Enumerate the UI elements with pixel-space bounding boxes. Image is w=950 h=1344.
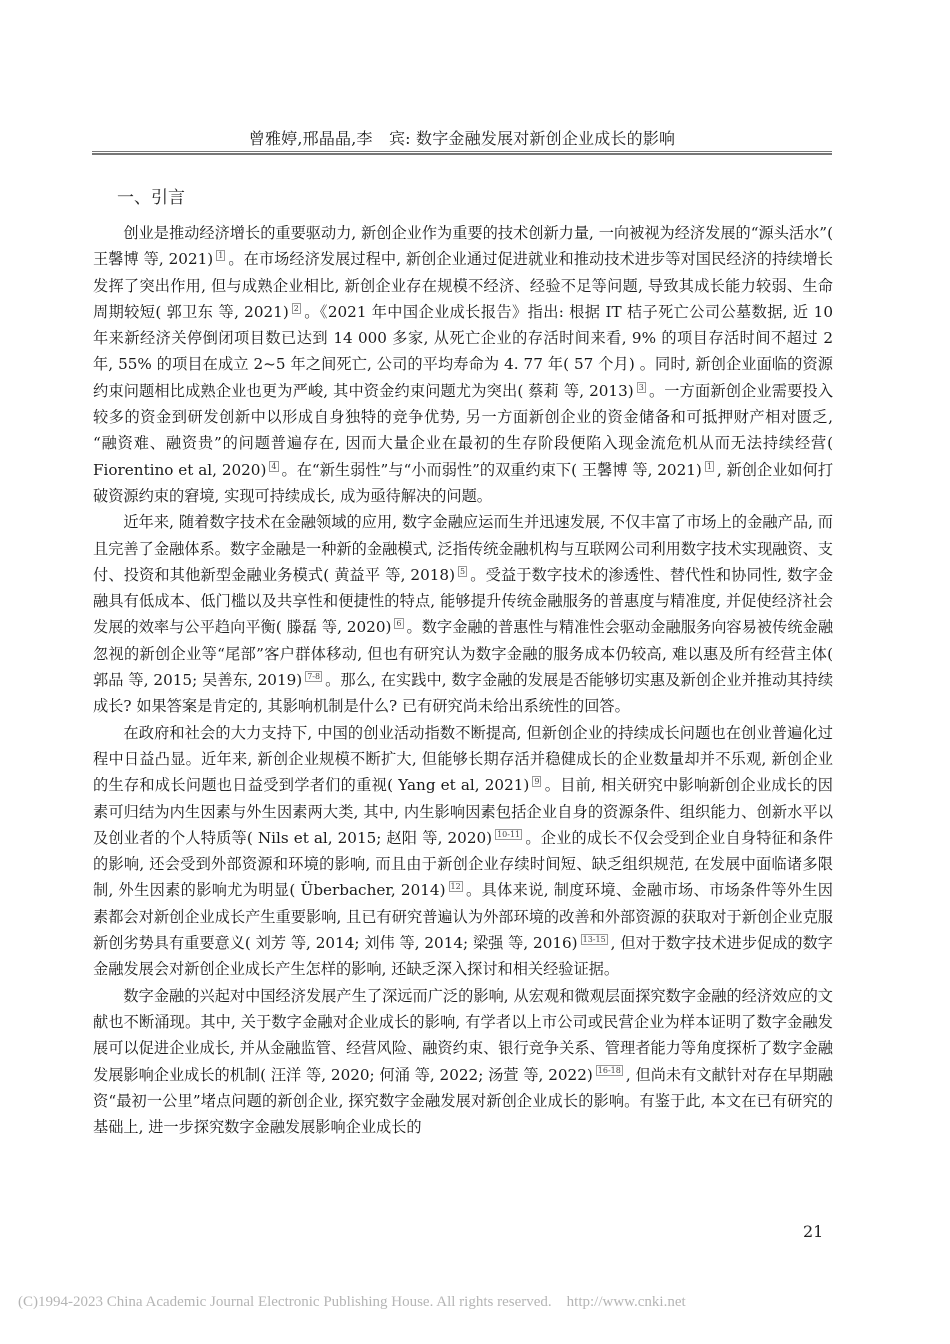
citation-marker[interactable]: 10-11: [495, 829, 522, 840]
citation-marker[interactable]: 3: [637, 382, 646, 393]
section-title: 一、引言: [117, 183, 185, 208]
paragraph: 创业是推动经济增长的重要驱动力, 新创企业作为重要的技术创新力量, 一向被视为经…: [93, 220, 833, 509]
citation-marker[interactable]: 1: [216, 250, 225, 261]
citation-marker[interactable]: 2: [292, 303, 301, 314]
running-head: 曾雅婷,邢晶晶,李 宾: 数字金融发展对新创企业成长的影响: [92, 126, 832, 149]
header-double-rule: [92, 151, 832, 155]
citation-marker[interactable]: 13-15: [581, 934, 608, 945]
paragraph-text: 。在“新生弱性”与“小而弱性”的双重约束下( 王馨博 等, 2021): [282, 461, 702, 479]
citation-marker[interactable]: 1: [705, 461, 714, 472]
paragraph: 在政府和社会的大力支持下, 中国的创业活动指数不断提高, 但新创企业的持续成长问…: [93, 720, 833, 983]
page-number: 21: [803, 1222, 823, 1241]
paragraph: 数字金融的兴起对中国经济发展产生了深远而广泛的影响, 从宏观和微观层面探究数字金…: [93, 983, 833, 1141]
citation-marker[interactable]: 5: [458, 566, 467, 577]
citation-marker[interactable]: 4: [269, 461, 278, 472]
citation-marker[interactable]: 9: [532, 776, 541, 787]
copyright-notice: (C)1994-2023 China Academic Journal Elec…: [18, 1294, 686, 1311]
citation-marker[interactable]: 16-18: [596, 1065, 623, 1076]
body-text: 创业是推动经济增长的重要驱动力, 新创企业作为重要的技术创新力量, 一向被视为经…: [93, 220, 833, 1140]
citation-marker[interactable]: 6: [394, 618, 403, 629]
paragraph: 近年来, 随着数字技术在金融领域的应用, 数字金融应运而生并迅速发展, 不仅丰富…: [93, 509, 833, 719]
citation-marker[interactable]: 12: [449, 881, 463, 892]
citation-marker[interactable]: 7-8: [305, 671, 322, 682]
